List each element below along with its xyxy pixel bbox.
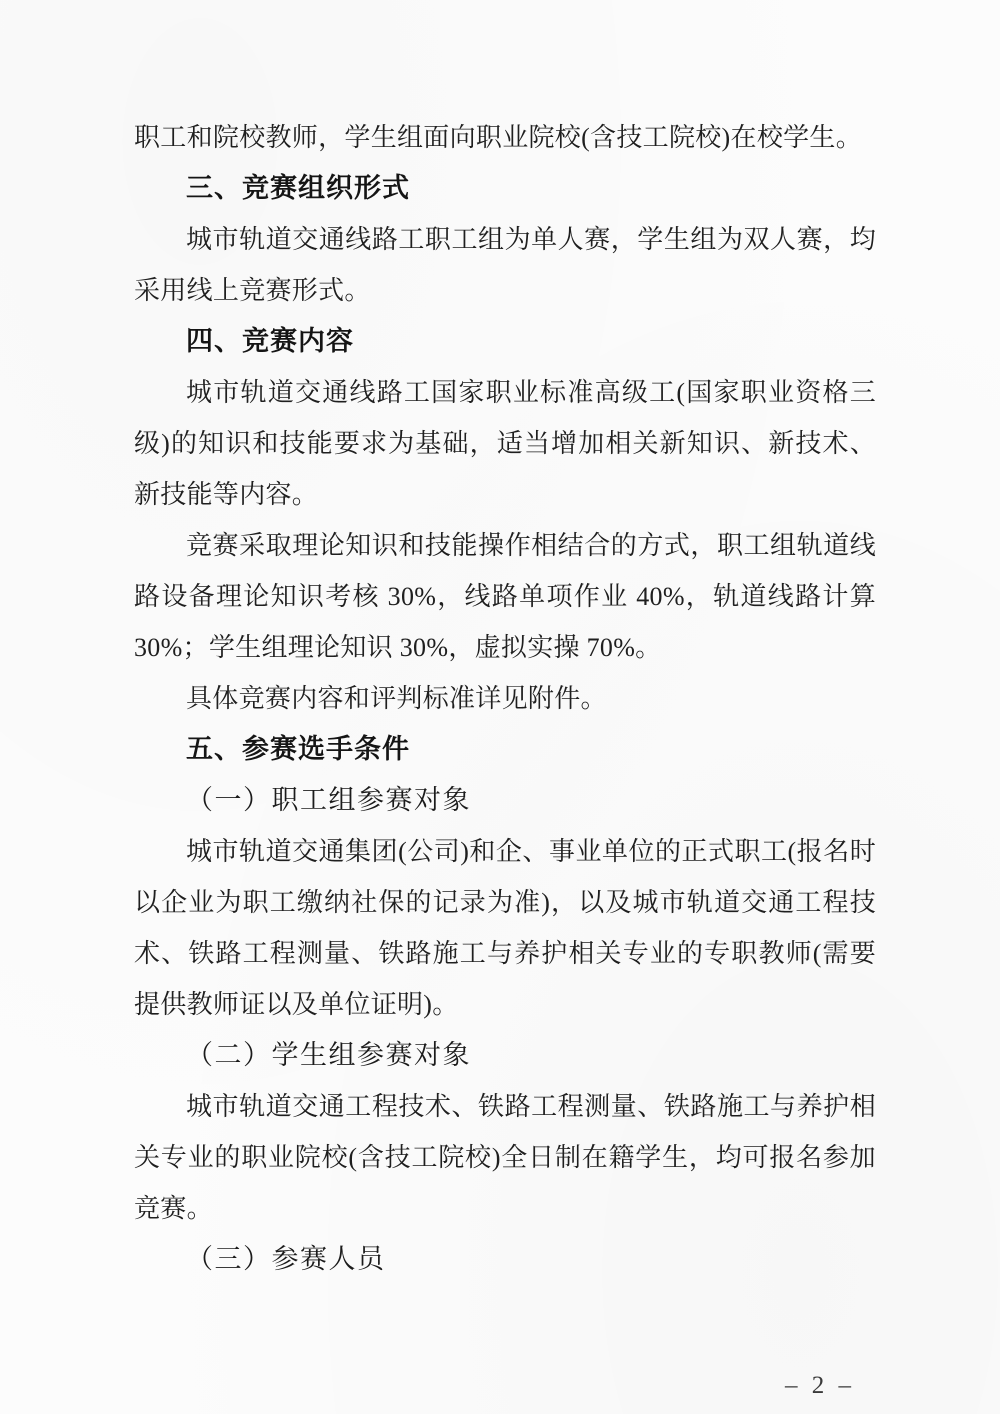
sub-heading-1: （一）职工组参赛对象 <box>134 775 876 826</box>
section-heading-5: 五、参赛选手条件 <box>134 724 876 775</box>
section-heading-3: 三、竞赛组织形式 <box>134 163 876 214</box>
section-heading-4: 四、竞赛内容 <box>134 316 876 367</box>
paragraph: 城市轨道交通工程技术、铁路工程测量、铁路施工与养护相关专业的职业院校(含技工院校… <box>134 1081 876 1234</box>
paragraph-continuation: 职工和院校教师，学生组面向职业院校(含技工院校)在校学生。 <box>134 112 876 163</box>
paragraph: 竞赛采取理论知识和技能操作相结合的方式，职工组轨道线路设备理论知识考核 30%，… <box>134 520 876 673</box>
paragraph: 城市轨道交通线路工国家职业标准高级工(国家职业资格三级)的知识和技能要求为基础，… <box>134 367 876 520</box>
document-page: 职工和院校教师，学生组面向职业院校(含技工院校)在校学生。 三、竞赛组织形式 城… <box>0 0 1000 1414</box>
paragraph: 城市轨道交通线路工职工组为单人赛，学生组为双人赛，均采用线上竞赛形式。 <box>134 214 876 316</box>
page-number: – 2 – <box>745 1372 895 1400</box>
paragraph: 城市轨道交通集团(公司)和企、事业单位的正式职工(报名时以企业为职工缴纳社保的记… <box>134 826 876 1030</box>
sub-heading-2: （二）学生组参赛对象 <box>134 1030 876 1081</box>
sub-heading-3: （三）参赛人员 <box>134 1234 876 1285</box>
paragraph: 具体竞赛内容和评判标准详见附件。 <box>134 673 876 724</box>
